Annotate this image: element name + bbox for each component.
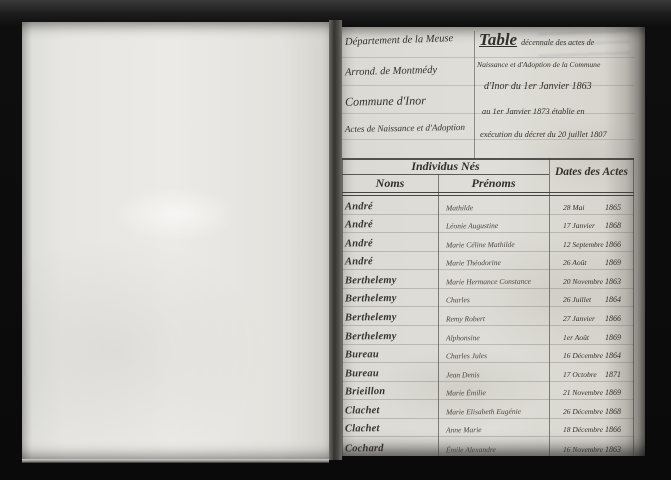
date-year: 1869 [605, 333, 631, 342]
date-day-month: 17 Janvier [563, 221, 605, 230]
header-right-line3: d'Inor du 1er Janvier 1863 [484, 81, 592, 92]
table-row: BerthelemyMarie Hermance Constance20 Nov… [342, 270, 634, 289]
page-stack-edge [22, 459, 329, 463]
prenoms-cell: Jean Denis [441, 369, 557, 381]
nom-cell: Bureau [342, 349, 441, 363]
nom-cell: Berthelemy [342, 293, 441, 307]
prenoms-cell: Marie Elisabeth Eugénie [441, 406, 557, 418]
date-day-month: 28 Mai [563, 203, 605, 212]
date-year: 1868 [605, 407, 631, 416]
scanned-register-spread: Département de la Meuse Arrond. de Montm… [0, 0, 671, 480]
date-cell: 20 Novembre1863 [557, 277, 634, 288]
prenoms-cell: Anne Marie [441, 425, 557, 437]
header-right-line5: exécution du décret du 20 juillet 1807 [480, 130, 607, 139]
nom-cell: Cochard [342, 442, 441, 456]
date-year: 1866 [605, 314, 631, 323]
date-day-month: 26 Juillet [563, 295, 605, 304]
date-year: 1869 [605, 388, 631, 397]
date-cell: 16 Novembre1863 [557, 445, 634, 456]
date-year: 1869 [605, 258, 631, 267]
table-row: AndréLéonie Augustine17 Janvier1868 [342, 215, 634, 234]
nom-cell: André [342, 237, 441, 251]
table-row: BrieillonMarie Émilie21 Novembre1869 [342, 382, 634, 401]
table-row: BureauCharles Jules16 Décembre1864 [342, 345, 634, 364]
table-title-word: Table [479, 30, 517, 49]
prenoms-cell: Marie Théodorine [441, 258, 557, 270]
column-header-noms: Noms [342, 176, 438, 191]
nom-cell: Clachet [342, 423, 441, 437]
table-row: BureauJean Denis17 Octobre1871 [342, 363, 634, 382]
table-row: BerthelemyRemy Robert27 Janvier1866 [342, 307, 634, 326]
date-cell: 26 Juillet1864 [557, 295, 634, 306]
date-day-month: 21 Novembre [563, 388, 605, 397]
book-gutter [329, 20, 342, 460]
date-cell: 28 Mai1865 [557, 203, 634, 214]
faint-stamp-annotation [538, 29, 630, 59]
date-day-month: 18 Décembre [563, 425, 605, 434]
date-day-month: 26 Décembre [563, 407, 605, 416]
commune-line: Commune d'Inor [345, 93, 426, 109]
date-day-month: 1er Août [563, 333, 605, 342]
prenoms-cell: Remy Robert [441, 313, 557, 325]
date-day-month: 16 Novembre [563, 445, 605, 454]
table-row: BerthelemyCharles26 Juillet1864 [342, 289, 634, 308]
nom-cell: Brieillon [342, 386, 441, 400]
date-year: 1865 [605, 203, 631, 212]
nom-cell: Berthelemy [342, 274, 441, 288]
table-row: ClachetAnne Marie18 Décembre1866 [342, 419, 634, 438]
date-year: 1871 [605, 370, 631, 379]
date-year: 1866 [605, 425, 631, 434]
actes-line: Actes de Naissance et d'Adoption [345, 122, 465, 134]
left-blank-page [22, 22, 329, 459]
date-year: 1868 [605, 221, 631, 230]
nom-cell: Berthelemy [342, 311, 441, 325]
group-header-underline [342, 174, 549, 175]
date-day-month: 20 Novembre [563, 277, 605, 286]
date-cell: 18 Décembre1866 [557, 425, 634, 436]
table-row: CochardÉmile Alexandre16 Novembre1863 [342, 437, 634, 456]
date-year: 1864 [605, 351, 631, 360]
header-divider-line [474, 31, 475, 158]
date-year: 1863 [605, 445, 631, 454]
nom-cell: Clachet [342, 404, 441, 418]
prenoms-cell: Émile Alexandre [441, 444, 557, 456]
header-right-line2: Naissance et d'Adoption de la Commune [477, 60, 600, 69]
prenoms-cell: Marie Hermance Constance [441, 276, 557, 288]
right-register-page: Département de la Meuse Arrond. de Montm… [342, 27, 645, 456]
date-cell: 27 Janvier1866 [557, 314, 634, 325]
date-cell: 17 Janvier1868 [557, 221, 634, 232]
date-cell: 17 Octobre1871 [557, 370, 634, 381]
date-day-month: 16 Décembre [563, 351, 605, 360]
prenoms-cell: Charles Jules [441, 351, 557, 363]
date-cell: 12 Septembre1866 [557, 240, 634, 251]
prenoms-cell: Marie Émilie [441, 388, 557, 400]
table-row: ClachetMarie Elisabeth Eugénie26 Décembr… [342, 400, 634, 419]
prenoms-cell: Léonie Augustine [441, 221, 557, 233]
nom-cell: Bureau [342, 367, 441, 381]
column-header-dates: Dates des Actes [549, 166, 634, 178]
date-cell: 1er Août1869 [557, 333, 634, 344]
nom-cell: André [342, 219, 441, 233]
table-body: AndréMathilde28 Mai1865AndréLéonie Augus… [342, 196, 634, 456]
group-header-individus-nes: Individus Nés [342, 159, 549, 174]
date-cell: 16 Décembre1864 [557, 351, 634, 362]
date-cell: 21 Novembre1869 [557, 388, 634, 399]
nom-cell: Berthelemy [342, 330, 441, 344]
prenoms-cell: Mathilde [441, 202, 557, 214]
prenoms-cell: Marie Céline Mathilde [441, 239, 557, 251]
table-row: AndréMathilde28 Mai1865 [342, 196, 634, 215]
table-row: AndréMarie Céline Mathilde12 Septembre18… [342, 233, 634, 252]
date-cell: 26 Décembre1868 [557, 407, 634, 418]
date-day-month: 17 Octobre [563, 370, 605, 379]
prenoms-cell: Charles [441, 295, 557, 307]
date-year: 1866 [605, 240, 631, 249]
date-day-month: 27 Janvier [563, 314, 605, 323]
prenoms-cell: Alphonsine [441, 332, 557, 344]
departement-line: Département de la Meuse [345, 33, 454, 48]
decennial-table: Individus Nés Dates des Actes Noms Préno… [342, 158, 634, 456]
arrondissement-line: Arrond. de Montmédy [345, 65, 437, 78]
date-year: 1864 [605, 295, 631, 304]
table-row: BerthelemyAlphonsine1er Août1869 [342, 326, 634, 345]
date-day-month: 26 Août [563, 258, 605, 267]
header-right-line4: au 1er Janvier 1873 établie en [482, 107, 585, 116]
date-day-month: 12 Septembre [563, 240, 605, 249]
nom-cell: André [342, 256, 441, 270]
header-rule [342, 139, 634, 140]
date-cell: 26 Août1869 [557, 258, 634, 269]
table-row: AndréMarie Théodorine26 Août1869 [342, 252, 634, 271]
column-header-prenoms: Prénoms [438, 176, 549, 191]
nom-cell: André [342, 200, 441, 214]
date-year: 1863 [605, 277, 631, 286]
